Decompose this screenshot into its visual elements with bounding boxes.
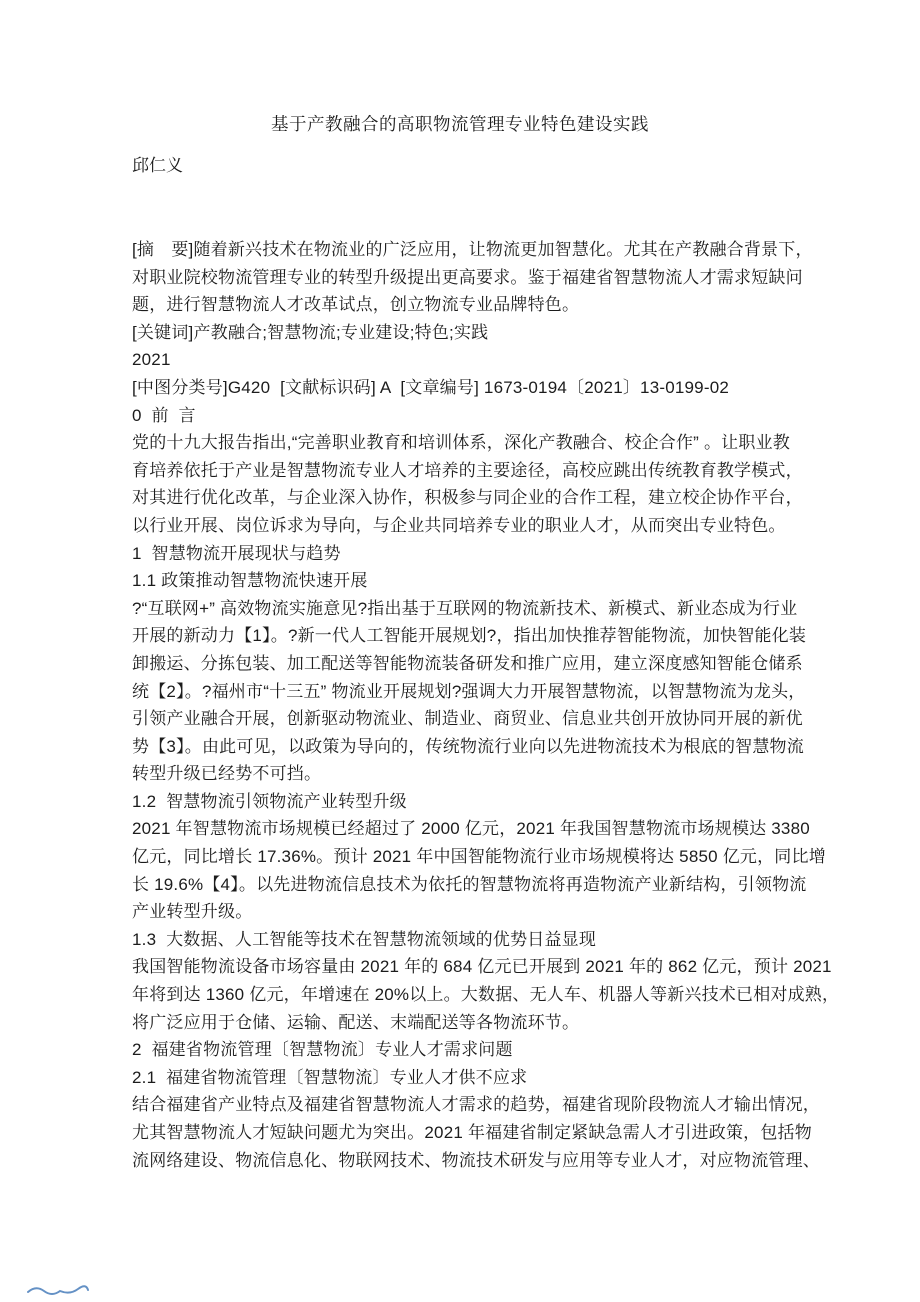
text-line: 题，进行智慧物流人才改革试点，创立物流专业品牌特色。 [132,291,792,319]
text-line: 育培养依托于产业是智慧物流专业人才培养的主要途径，高校应跳出传统教育教学模式， [132,457,792,485]
text-line: [关键词]产教融合;智慧物流;专业建设;特色;实践 [132,319,792,347]
text-line: 将广泛应用于仓储、运输、配送、末端配送等各物流环节。 [132,1009,792,1037]
text-line: 党的十九大报告指出,“完善职业教育和培训体系，深化产教融合、校企合作” 。让职业… [132,429,792,457]
text-line: 1.3 大数据、人工智能等技术在智慧物流领域的优势日益显现 [132,926,792,954]
text-line: 对职业院校物流管理专业的转型升级提出更高要求。鉴于福建省智慧物流人才需求短缺问 [132,264,792,292]
text-line: 2021 [132,346,792,374]
text-line: 0 前 言 [132,402,792,430]
text-line: 2021 年智慧物流市场规模已经超过了 2000 亿元，2021 年我国智慧物流… [132,815,792,843]
blue-scribble-mark [26,1283,90,1297]
text-line: 产业转型升级。 [132,898,792,926]
text-line: 亿元，同比增长 17.36%。预计 2021 年中国智能物流行业市场规模将达 5… [132,843,792,871]
document-page: 基于产教融合的高职物流管理专业特色建设实践 邱仁义 [摘 要]随着新兴技术在物流… [0,0,920,1302]
text-line: [中图分类号]G420 [文献标识码] A [文章编号] 1673-0194〔2… [132,374,792,402]
text-line: 对其进行优化改革，与企业深入协作，积极参与同企业的合作工程，建立校企协作平台， [132,484,792,512]
text-line: 1.2 智慧物流引领物流产业转型升级 [132,788,792,816]
text-line: 卸搬运、分拣包装、加工配送等智能物流装备研发和推广应用，建立深度感知智能仓储系 [132,650,792,678]
document-title: 基于产教融合的高职物流管理专业特色建设实践 [0,109,920,139]
text-line: 1.1 政策推动智慧物流快速开展 [132,567,792,595]
text-line: 以行业开展、岗位诉求为导向，与企业共同培养专业的职业人才，从而突出专业特色。 [132,512,792,540]
text-line: 我国智能物流设备市场容量由 2021 年的 684 亿元已开展到 2021 年的… [132,953,792,981]
text-line: 2.1 福建省物流管理〔智慧物流〕专业人才供不应求 [132,1064,792,1092]
document-author: 邱仁义 [132,152,183,179]
text-line: 长 19.6%【4】。以先进物流信息技术为依托的智慧物流将再造物流产业新结构，引… [132,871,792,899]
text-line: 1 智慧物流开展现状与趋势 [132,540,792,568]
text-line: [摘 要]随着新兴技术在物流业的广泛应用，让物流更加智慧化。尤其在产教融合背景下… [132,236,792,264]
text-line: 势【3】。由此可见，以政策为导向的，传统物流行业向以先进物流技术为根底的智慧物流 [132,733,792,761]
text-line: 引领产业融合开展，创新驱动物流业、制造业、商贸业、信息业共创开放协同开展的新优 [132,705,792,733]
text-line: 流网络建设、物流信息化、物联网技术、物流技术研发与应用等专业人才，对应物流管理、 [132,1147,792,1175]
text-line: 尤其智慧物流人才短缺问题尤为突出。2021 年福建省制定紧缺急需人才引进政策，包… [132,1119,792,1147]
text-line: 统【2】。?福州市“十三五” 物流业开展规划?强调大力开展智慧物流，以智慧物流为… [132,678,792,706]
text-line: 开展的新动力【1】。?新一代人工智能开展规划?，指出加快推荐智能物流，加快智能化… [132,622,792,650]
text-line: 转型升级已经势不可挡。 [132,760,792,788]
text-line: ?“互联网+” 高效物流实施意见?指出基于互联网的物流新技术、新模式、新业态成为… [132,595,792,623]
document-body-text: [摘 要]随着新兴技术在物流业的广泛应用，让物流更加智慧化。尤其在产教融合背景下… [132,236,792,1174]
text-line: 年将到达 1360 亿元，年增速在 20%以上。大数据、无人车、机器人等新兴技术… [132,981,792,1009]
text-line: 结合福建省产业特点及福建省智慧物流人才需求的趋势，福建省现阶段物流人才输出情况， [132,1091,792,1119]
text-line: 2 福建省物流管理〔智慧物流〕专业人才需求问题 [132,1036,792,1064]
